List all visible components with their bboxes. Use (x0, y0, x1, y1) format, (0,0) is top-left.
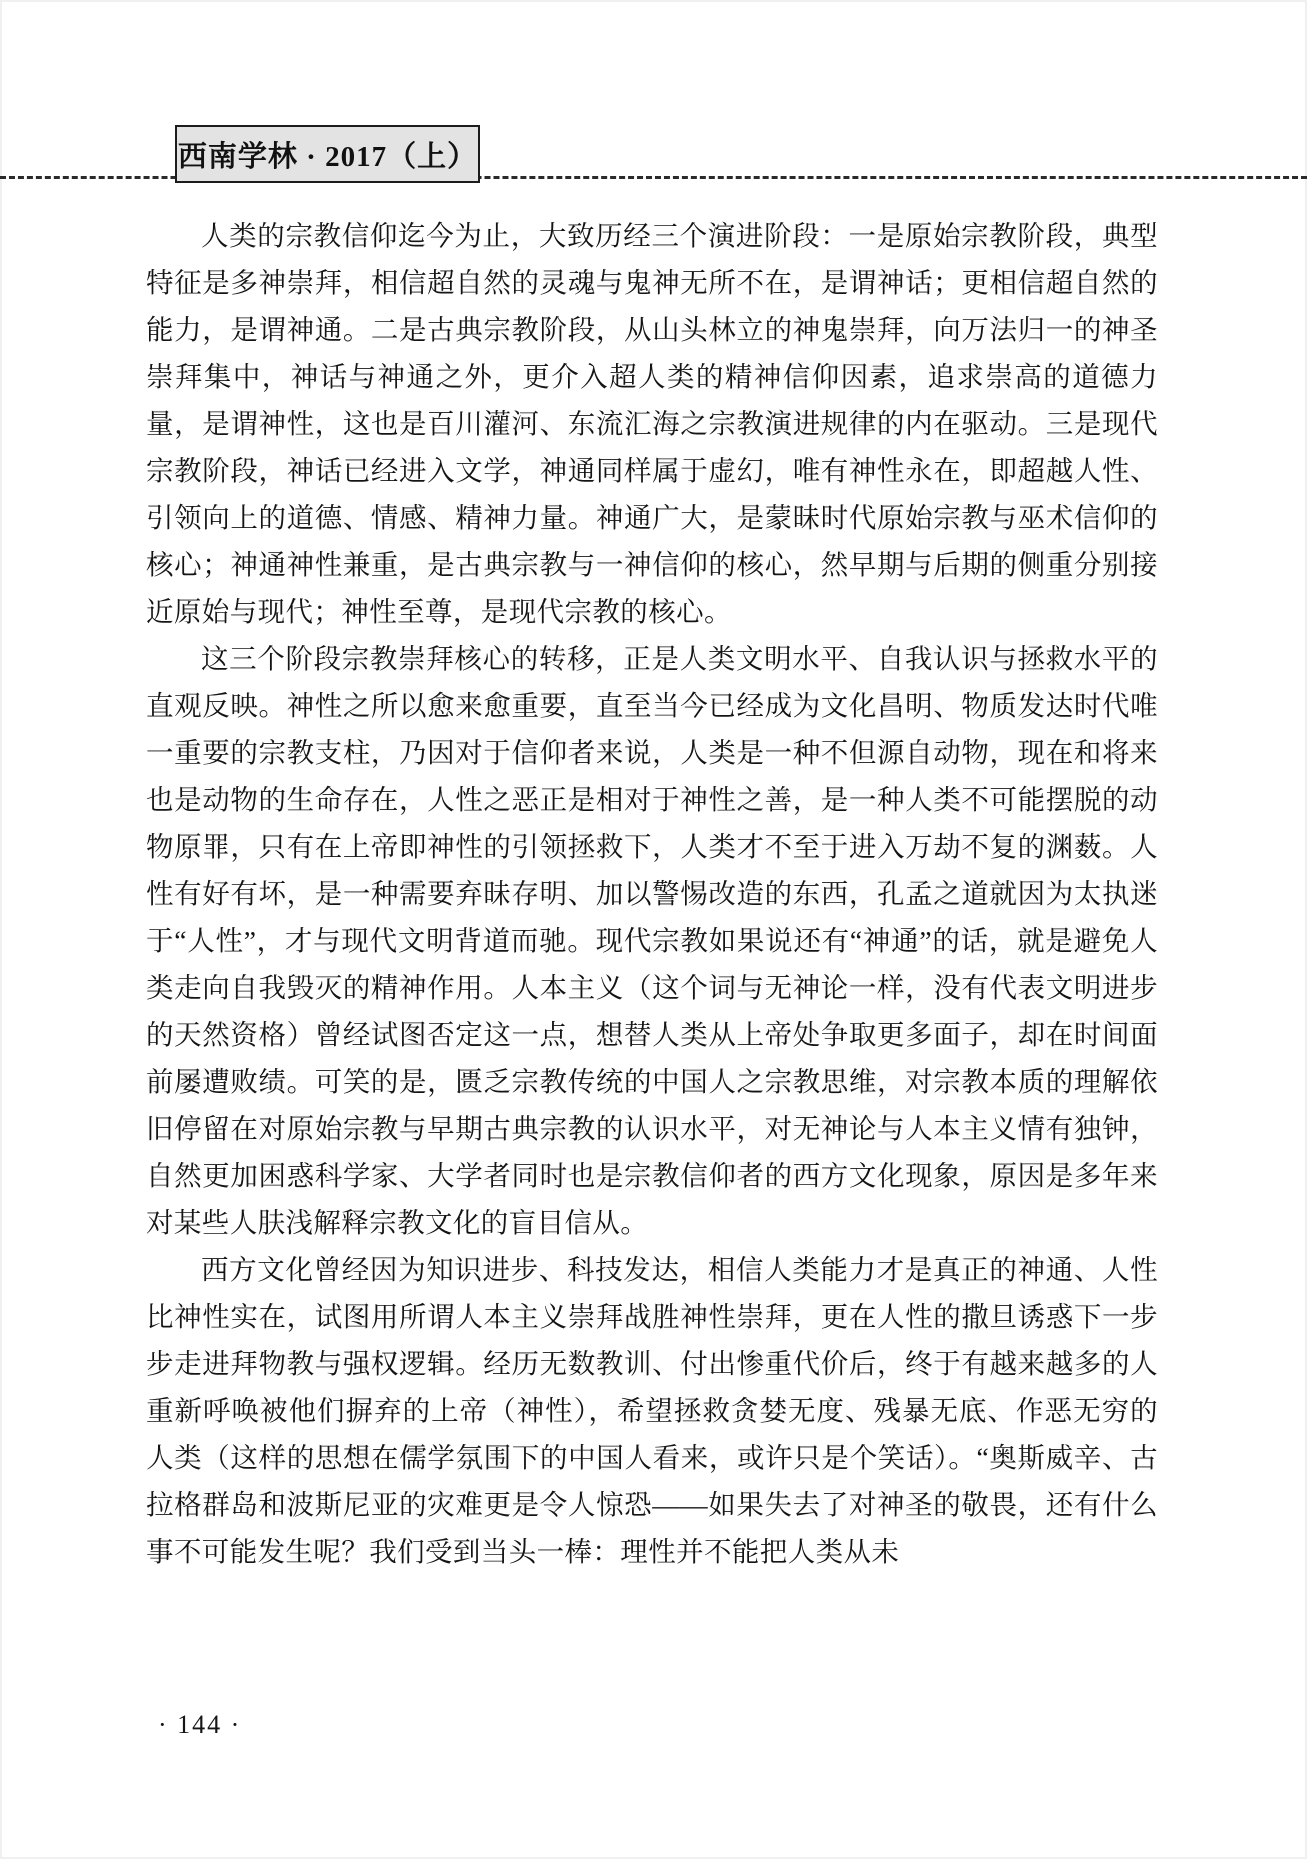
page-body-text: 人类的宗教信仰迄今为止，大致历经三个演进阶段：一是原始宗教阶段，典型特征是多神崇… (146, 212, 1158, 1575)
journal-header-box: 西南学林 · 2017（上） (175, 125, 480, 183)
journal-title: 西南学林 · 2017（上） (178, 134, 477, 175)
paragraph-3: 西方文化曾经因为知识进步、科技发达，相信人类能力才是真正的神通、人性比神性实在，… (146, 1246, 1158, 1575)
page-number: · 144 · (158, 1710, 241, 1740)
paragraph-2: 这三个阶段宗教崇拜核心的转移，正是人类文明水平、自我认识与拯救水平的直观反映。神… (146, 635, 1158, 1246)
paragraph-1: 人类的宗教信仰迄今为止，大致历经三个演进阶段：一是原始宗教阶段，典型特征是多神崇… (146, 212, 1158, 635)
scanned-book-page: 西南学林 · 2017（上） 人类的宗教信仰迄今为止，大致历经三个演进阶段：一是… (0, 0, 1307, 1859)
